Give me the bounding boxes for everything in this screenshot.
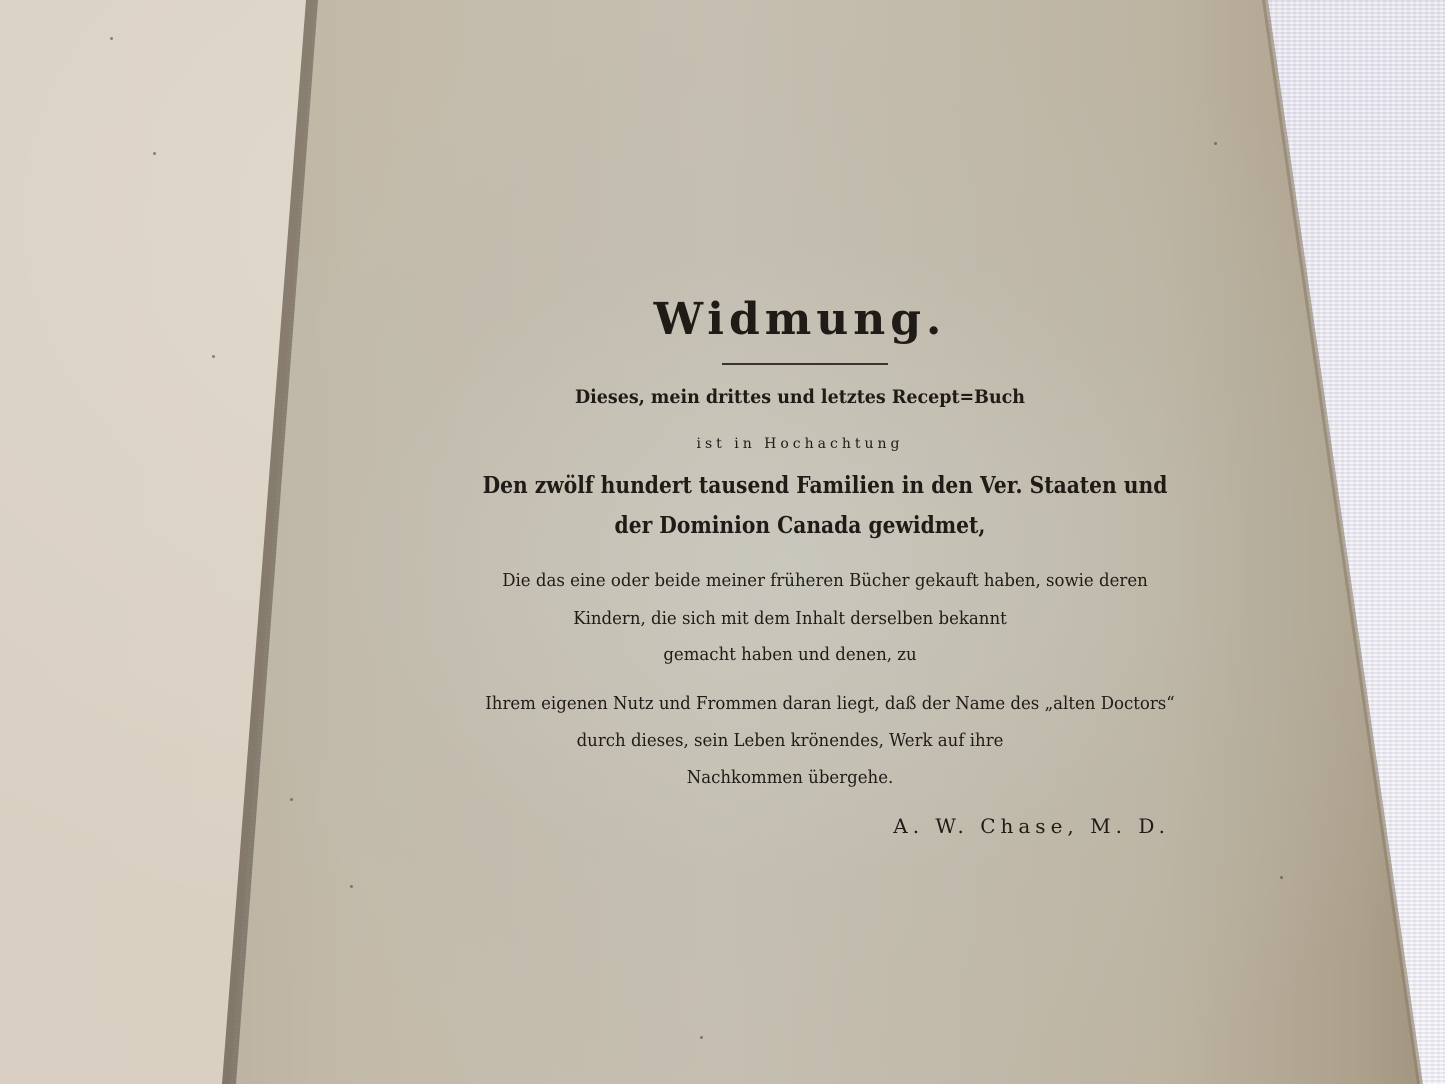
dedication-line: Dieses, mein drittes und letztes Recept=… (423, 386, 1177, 408)
title-rule-divider (722, 363, 888, 365)
author-signature: A. W. Chase, M. D. (893, 814, 1170, 838)
dedication-line: Ihrem eigenen Nutz und Frommen daran lie… (453, 693, 1207, 714)
paper-speck (153, 152, 156, 155)
page-title: Widmung. (390, 290, 1210, 350)
paper-speck (110, 37, 113, 40)
dedication-line: Kindern, die sich mit dem Inhalt derselb… (413, 608, 1167, 629)
paper-speck (290, 798, 293, 801)
dedication-line: ist in Hochachtung (390, 436, 1210, 452)
paper-speck (1280, 876, 1283, 879)
paper-speck (700, 1036, 703, 1039)
dedication-line: der Dominion Canada gewidmet, (439, 512, 1161, 539)
paper-speck (1214, 142, 1217, 145)
dedication-line: Die das eine oder beide meiner früheren … (448, 570, 1202, 591)
dedication-line: gemacht haben und denen, zu (413, 644, 1167, 665)
dedication-line: durch dieses, sein Leben krönendes, Werk… (413, 730, 1167, 751)
dedication-line: Nachkommen übergehe. (413, 767, 1167, 788)
paper-speck (212, 355, 215, 358)
dedication-line: Den zwölf hundert tausend Familien in de… (464, 472, 1186, 499)
paper-speck (350, 885, 353, 888)
